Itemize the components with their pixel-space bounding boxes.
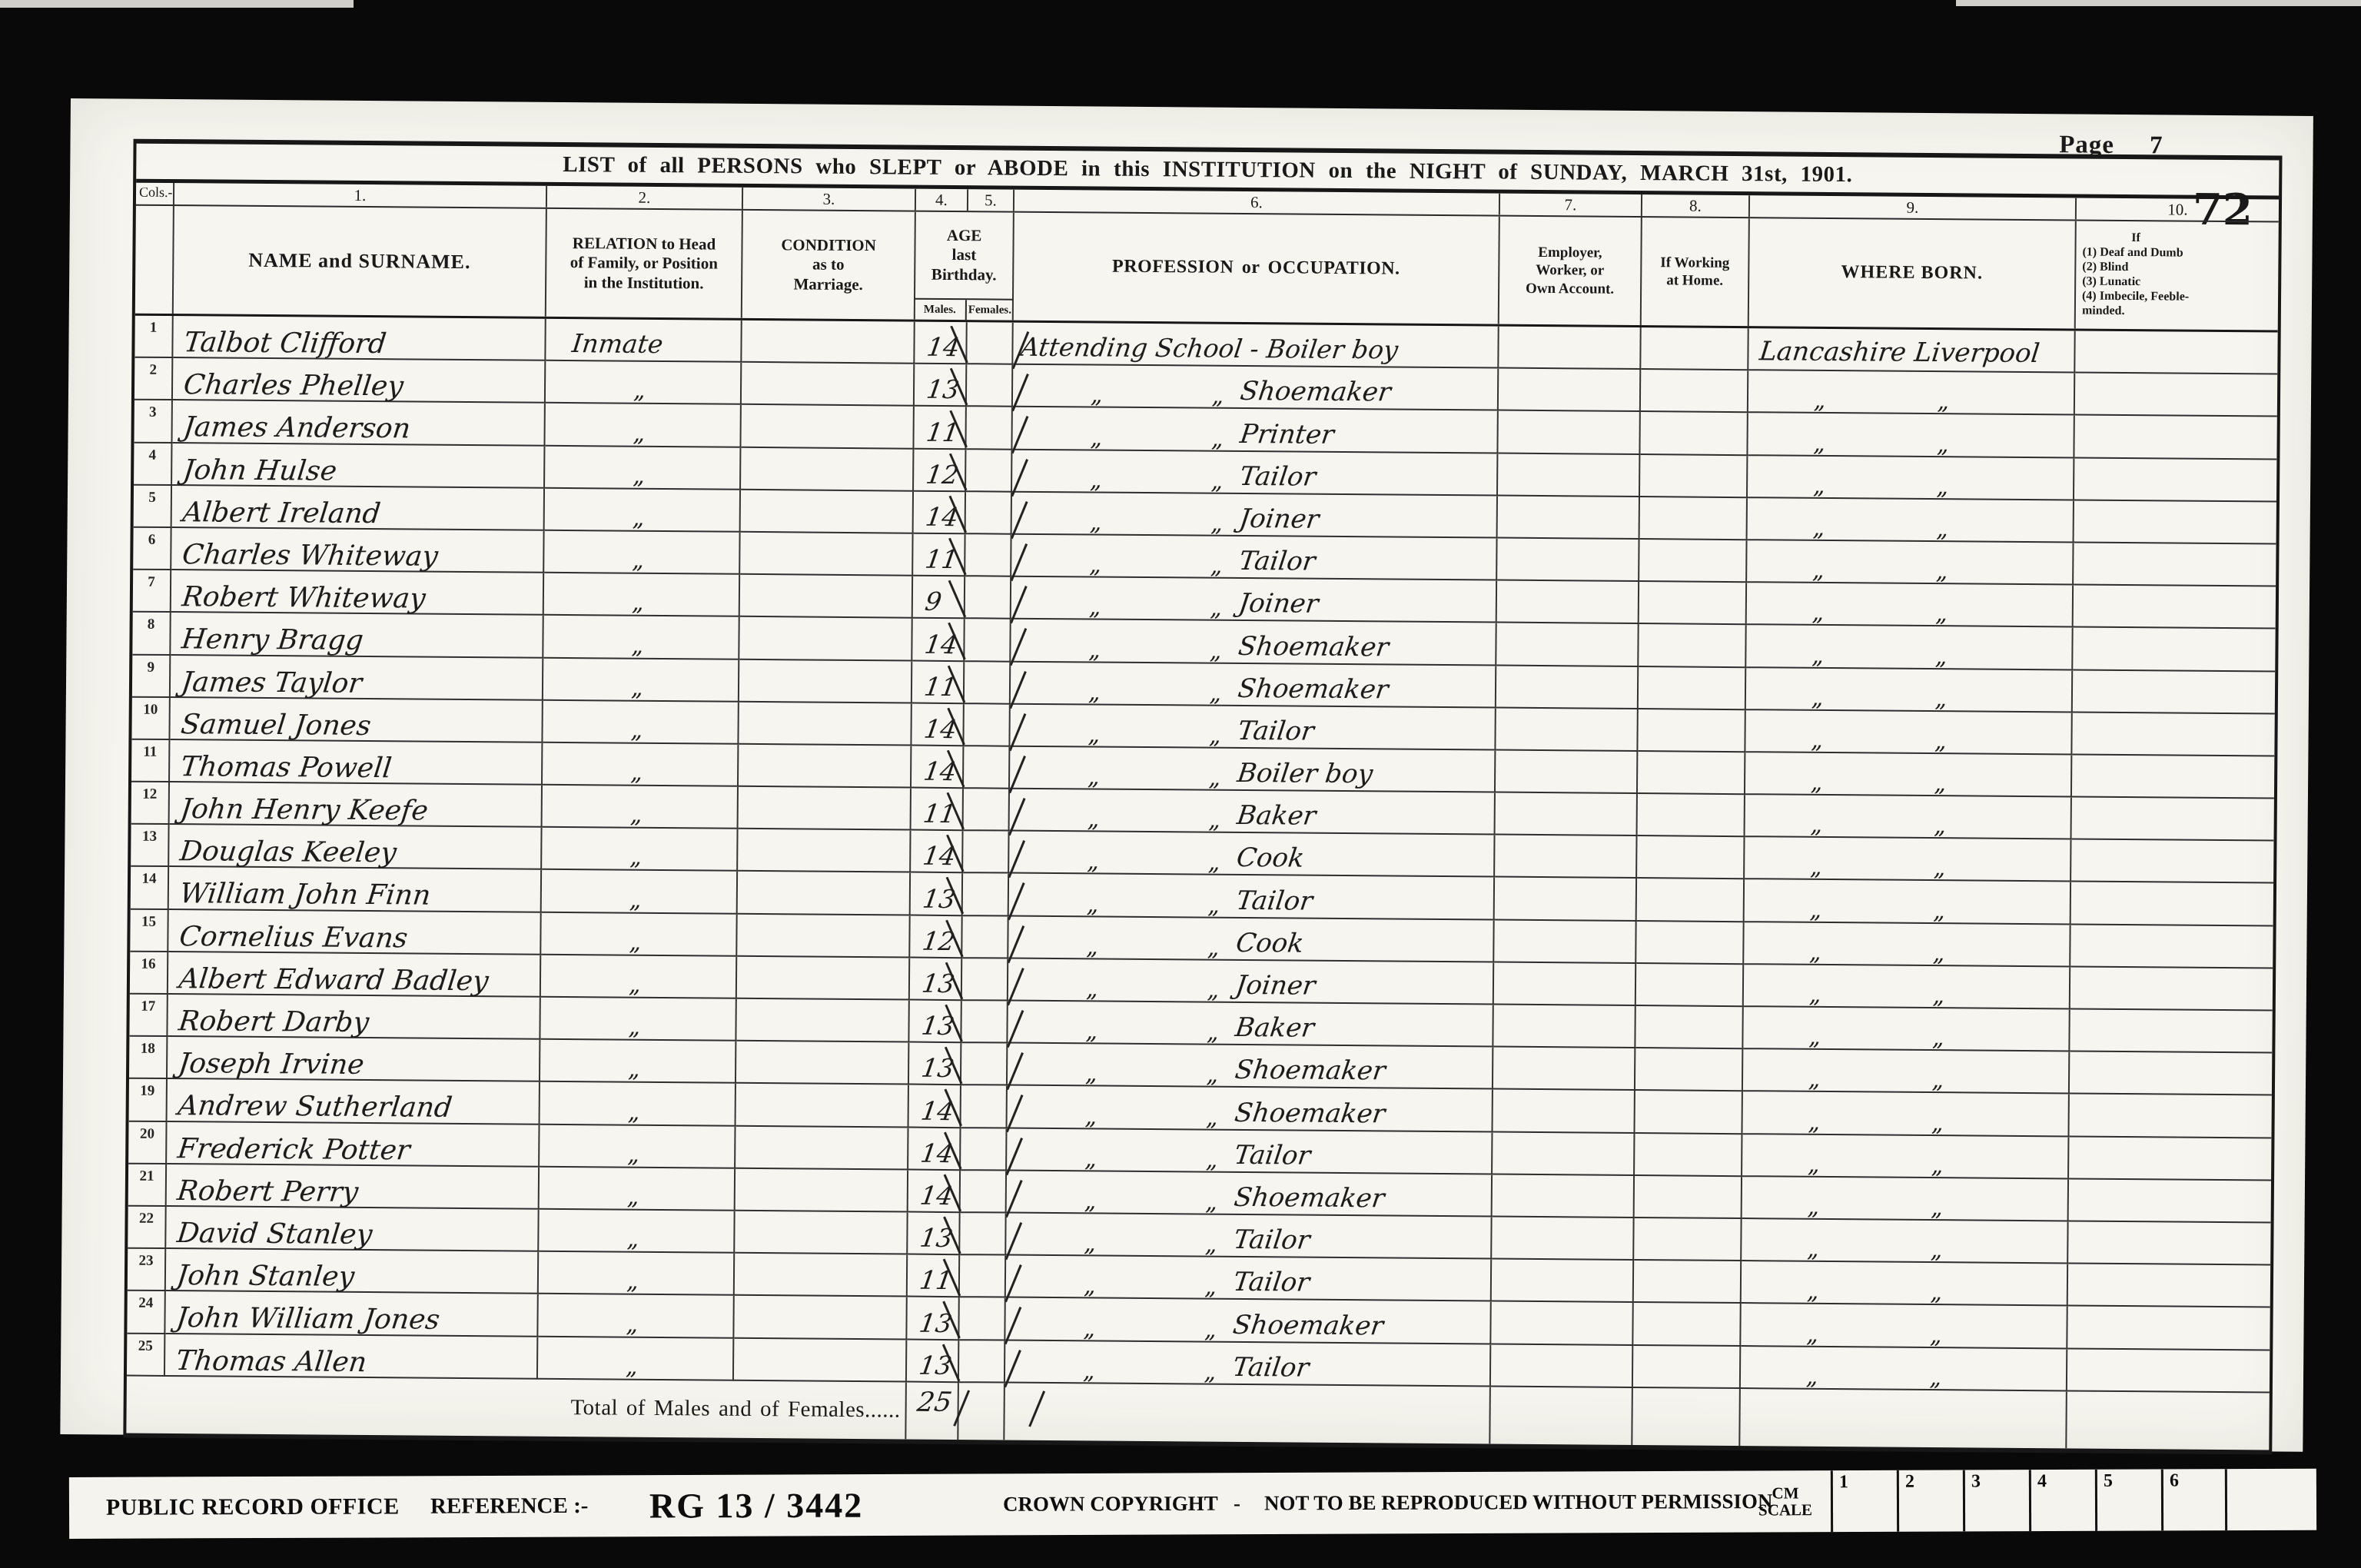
ditto-mark: „ <box>1806 1321 1818 1347</box>
check-mark <box>1008 883 1025 921</box>
occupation-value: Tailor <box>1238 461 1318 493</box>
relation-cell: „ <box>542 828 738 872</box>
total-employer-cell <box>1490 1387 1633 1444</box>
profession-cell: „„Printer <box>1012 407 1498 453</box>
total-infirmity-cell <box>2067 1391 2270 1450</box>
ditto-mark: „ <box>1813 430 1825 457</box>
occupation-value: Baker <box>1235 800 1317 832</box>
age-females-cell <box>960 1213 1006 1256</box>
ditto-mark: „ <box>1088 763 1100 790</box>
total-label: Total of Males and of Females...... <box>126 1376 907 1439</box>
age-females-cell <box>961 1001 1008 1044</box>
scale-mark-5: 5 <box>2095 1470 2161 1531</box>
born-cell: „„ <box>1742 1261 2068 1307</box>
condition-cell <box>736 1126 908 1170</box>
relation-cell: „ <box>539 1210 735 1254</box>
infirmity-cell <box>2070 925 2273 968</box>
ditto-mark: „ <box>1929 1364 1941 1391</box>
scan-edge-artifact <box>1956 0 2361 6</box>
infirmity-cell <box>2075 374 2277 417</box>
total-females-cell <box>958 1383 1005 1440</box>
name-cell: James Anderson <box>172 400 545 446</box>
ditto-mark: „ <box>1088 721 1100 748</box>
ditto-mark: „ <box>1934 686 1947 713</box>
col-number-9: 9. <box>1750 195 2077 219</box>
relation-value: „ <box>627 1184 639 1211</box>
profession-cell: „„Joiner <box>1012 492 1498 538</box>
relation-cell: „ <box>545 446 741 490</box>
col-number-3: 3. <box>743 188 916 211</box>
check-mark <box>1007 1010 1024 1048</box>
row-number: 11 <box>131 740 170 783</box>
ditto-mark: „ <box>1086 975 1098 1002</box>
age-females-cell <box>961 1128 1007 1171</box>
infirmity-cell <box>2071 840 2273 884</box>
occupation-value: Boiler boy <box>1236 758 1375 789</box>
ditto-mark: „ <box>1205 1146 1217 1173</box>
total-born-cell <box>1740 1389 2067 1448</box>
check-mark <box>1006 1095 1024 1132</box>
occupation-value: Shoemaker <box>1237 630 1391 662</box>
check-mark <box>1011 374 1029 411</box>
age-females-cell <box>965 619 1011 662</box>
occupation-value: Printer <box>1238 419 1336 450</box>
row-number: 16 <box>130 952 168 995</box>
ditto-mark: „ <box>1932 1025 1944 1051</box>
infirmity-cell <box>2072 798 2274 842</box>
col-number-8: 8. <box>1642 194 1750 217</box>
employer-cell <box>1495 835 1637 879</box>
born-cell: „„ <box>1745 880 2071 925</box>
check-mark <box>1009 671 1027 709</box>
person-name: Albert Edward Badley <box>178 966 490 995</box>
check-mark <box>1008 925 1025 963</box>
condition-cell <box>736 1169 908 1213</box>
ditto-mark: „ <box>1210 510 1223 537</box>
scale-mark-4: 4 <box>2029 1470 2095 1531</box>
person-name: Thomas Powell <box>179 754 393 782</box>
reproduction-notice: NOT TO BE REPRODUCED WITHOUT PERMISSION <box>1264 1490 1773 1516</box>
profession-cell: „„Shoemaker <box>1007 1171 1493 1217</box>
ditto-mark: „ <box>1087 849 1099 875</box>
person-name: Charles Whiteway <box>181 542 439 570</box>
person-name: Frederick Potter <box>176 1136 411 1164</box>
col-infirmity-header: If(1) Deaf and Dumb(2) Blind(3) Lunatic(… <box>2076 221 2279 331</box>
age-females-cell <box>959 1340 1005 1384</box>
check-mark <box>1011 416 1029 453</box>
person-name: Andrew Sutherland <box>177 1094 453 1122</box>
scale-mark-2: 2 <box>1897 1470 1963 1532</box>
ditto-mark: „ <box>1088 636 1101 663</box>
relation-cell: „ <box>546 361 742 405</box>
name-cell: Robert Darby <box>168 995 540 1040</box>
ditto-mark: „ <box>1084 1103 1097 1130</box>
ditto-mark: „ <box>1810 812 1822 839</box>
scan-edge-artifact <box>0 0 354 8</box>
archive-footer-bar: PUBLIC RECORD OFFICE REFERENCE :- RG 13 … <box>69 1469 2316 1539</box>
total-males-value: 25 <box>915 1387 954 1417</box>
employer-cell <box>1494 920 1636 964</box>
condition-cell <box>739 617 912 661</box>
infirmity-cell <box>2072 755 2274 799</box>
name-cell: Talbot Clifford <box>173 316 546 361</box>
occupation-value: Shoemaker <box>1236 673 1390 705</box>
profession-cell: „„Tailor <box>1012 450 1498 496</box>
occupation-value: Tailor <box>1234 885 1314 917</box>
age-females-cell <box>966 450 1012 493</box>
condition-cell <box>736 999 909 1043</box>
age-females-cell <box>961 1043 1008 1086</box>
ditto-mark: „ <box>1086 933 1098 960</box>
check-mark <box>1005 1180 1023 1218</box>
ditto-mark: „ <box>1809 939 1821 966</box>
row-number: 25 <box>127 1334 165 1377</box>
age-females-cell <box>966 492 1012 535</box>
profession-cell: „„Shoemaker <box>1008 1044 1493 1090</box>
relation-value: „ <box>628 1014 640 1041</box>
row-number: 18 <box>129 1037 168 1080</box>
row-number: 6 <box>133 528 171 571</box>
check-mark <box>1006 1052 1024 1090</box>
age-females-cell <box>961 1086 1008 1129</box>
ditto-mark: „ <box>1089 509 1101 536</box>
name-cell: Henry Bragg <box>171 613 543 658</box>
person-name: Cornelius Evans <box>178 924 410 952</box>
born-cell: „„ <box>1742 1134 2069 1180</box>
col-number-10: 10. <box>2077 198 2279 221</box>
total-males-cell: 25 <box>906 1382 959 1440</box>
born-cell: „„ <box>1742 1092 2069 1138</box>
home-cell <box>1640 412 1748 455</box>
person-name: John William Jones <box>175 1305 441 1334</box>
ditto-mark: „ <box>1807 1236 1819 1263</box>
person-name: Talbot Clifford <box>183 330 388 357</box>
infirmity-cell <box>2072 713 2274 756</box>
home-cell <box>1635 1006 1743 1049</box>
copyright-label: CROWN COPYRIGHT <box>1003 1492 1218 1517</box>
row-number: 21 <box>128 1164 167 1207</box>
age-females-cell <box>962 916 1008 959</box>
age-females-cell <box>967 322 1013 365</box>
ditto-mark: „ <box>1089 552 1101 579</box>
check-mark <box>1005 1138 1023 1175</box>
relation-value: „ <box>632 505 644 532</box>
ditto-mark: „ <box>1811 684 1823 711</box>
relation-cell: „ <box>543 616 739 659</box>
occupation-value: Joiner <box>1237 588 1320 620</box>
ditto-mark: „ <box>1931 1194 1943 1221</box>
condition-cell <box>739 703 912 746</box>
profession-cell: „„Tailor <box>1006 1214 1492 1260</box>
reference-label: REFERENCE :- <box>430 1493 589 1520</box>
infirmity-cell <box>2074 543 2276 586</box>
age-females-cell <box>963 874 1009 917</box>
col-number-1: 1. <box>174 183 547 208</box>
col-females-header: Females. <box>967 300 1013 320</box>
relation-value: „ <box>626 1311 638 1337</box>
ditto-mark: „ <box>1808 1024 1821 1051</box>
home-cell <box>1633 1303 1741 1346</box>
reference-number: RG 13 / 3442 <box>649 1485 863 1526</box>
infirmity-cell <box>2067 1349 2270 1393</box>
census-sheet: Page7 72 LIST of all PERSONS who SLEPT o… <box>60 98 2313 1452</box>
check-mark <box>1007 968 1024 1005</box>
scale-mark-3: 3 <box>1963 1470 2029 1531</box>
ditto-mark: „ <box>1808 982 1821 1008</box>
home-cell <box>1635 1134 1742 1177</box>
born-cell: „„ <box>1745 710 2072 756</box>
relation-cell: „ <box>538 1337 734 1380</box>
col-number-7: 7. <box>1500 194 1642 216</box>
name-cell: Cornelius Evans <box>168 910 541 955</box>
condition-cell <box>734 1338 907 1382</box>
row-number: 13 <box>131 825 169 868</box>
relation-cell: „ <box>541 955 737 999</box>
relation-value: „ <box>631 674 643 701</box>
home-cell <box>1641 327 1748 370</box>
relation-value: „ <box>629 929 641 956</box>
employer-cell <box>1498 453 1640 497</box>
name-cell: Albert Edward Badley <box>168 952 541 998</box>
profession-cell: „„Shoemaker <box>1005 1298 1491 1344</box>
age-females-cell <box>964 746 1010 789</box>
profession-cell: „„Tailor <box>1007 1128 1493 1174</box>
age-females-cell <box>965 576 1011 620</box>
born-cell: „„ <box>1742 1219 2068 1264</box>
check-mark <box>1010 543 1028 581</box>
occupation-value: Tailor <box>1233 1140 1313 1171</box>
ditto-mark: „ <box>1204 1231 1217 1258</box>
employer-cell <box>1493 1090 1635 1134</box>
relation-cell: „ <box>542 870 738 914</box>
row-number: 5 <box>134 485 172 528</box>
row-number: 9 <box>132 655 171 698</box>
check-mark <box>1009 713 1027 751</box>
ditto-mark: „ <box>1210 637 1222 664</box>
row-number: 1 <box>134 316 173 359</box>
ditto-mark: „ <box>1208 807 1220 834</box>
name-cell: Douglas Keeley <box>169 825 542 870</box>
ditto-mark: „ <box>1210 595 1222 622</box>
home-cell <box>1633 1346 1741 1389</box>
check-mark <box>1008 756 1026 793</box>
row-number: 12 <box>131 782 170 826</box>
relation-cell: „ <box>538 1294 734 1338</box>
age-females-cell <box>966 407 1012 450</box>
condition-cell <box>737 957 910 1001</box>
ditto-mark: „ <box>1934 770 1946 797</box>
ditto-mark: „ <box>1207 849 1220 876</box>
relation-value: „ <box>632 590 644 616</box>
profession-cell: „„Tailor <box>1005 1340 1491 1387</box>
person-name: Albert Ireland <box>181 500 382 527</box>
relation-cell: Inmate <box>546 319 742 363</box>
occupation-value: Shoemaker <box>1232 1182 1386 1214</box>
infirmity-cell <box>2068 1264 2270 1308</box>
row-number: 22 <box>128 1207 166 1250</box>
ditto-mark: „ <box>1934 728 1947 755</box>
person-name: Samuel Jones <box>180 712 373 739</box>
born-cell: „„ <box>1744 922 2070 968</box>
infirmity-cell <box>2068 1221 2270 1265</box>
ditto-mark: „ <box>1086 891 1098 918</box>
name-cell: Robert Whiteway <box>171 570 544 616</box>
relation-value: „ <box>633 463 645 490</box>
profession-cell: „„Tailor <box>1010 704 1496 750</box>
infirmity-cell <box>2073 628 2275 672</box>
age-females-cell <box>964 789 1010 832</box>
age-females-cell <box>964 704 1010 747</box>
person-name: Robert Whiteway <box>181 584 427 613</box>
profession-cell: „„Joiner <box>1011 577 1497 623</box>
born-cell: „„ <box>1745 752 2072 798</box>
condition-cell <box>739 745 912 789</box>
employer-cell <box>1499 327 1641 370</box>
col-home-header: If Workingat Home. <box>1642 218 1750 326</box>
ditto-mark: „ <box>1934 812 1946 839</box>
ditto-mark: „ <box>1935 600 1948 627</box>
ditto-mark: „ <box>1937 431 1949 458</box>
relation-cell: „ <box>543 743 739 787</box>
cm-scale-ruler: 123456 <box>1831 1469 2227 1532</box>
relation-cell: „ <box>540 1125 736 1168</box>
infirmity-cell <box>2070 1052 2272 1096</box>
relation-cell: „ <box>540 1168 736 1211</box>
age-females-cell <box>965 662 1011 705</box>
age-value: 9 <box>923 586 944 616</box>
occupation-value: Tailor <box>1237 546 1317 577</box>
relation-value: „ <box>633 377 646 404</box>
person-name: John Henry Keefe <box>179 796 430 825</box>
home-cell <box>1636 922 1744 965</box>
home-cell <box>1641 370 1748 413</box>
ditto-mark: „ <box>1811 727 1823 754</box>
col-age-header: AGElastBirthday. Males. Females. <box>915 212 1014 321</box>
record-office-label: PUBLIC RECORD OFFICE <box>106 1493 400 1520</box>
relation-value: Inmate <box>570 328 664 359</box>
employer-cell <box>1498 496 1640 540</box>
infirmity-cell <box>2074 586 2276 630</box>
ditto-mark: „ <box>1207 934 1220 961</box>
born-cell: „„ <box>1742 1177 2069 1222</box>
age-females-cell <box>961 1171 1007 1214</box>
age-females-cell <box>959 1297 1005 1340</box>
ditto-mark: „ <box>1930 1322 1942 1349</box>
born-cell: „„ <box>1747 583 2074 628</box>
age-females-cell <box>962 958 1008 1002</box>
born-cell: „„ <box>1747 540 2074 586</box>
occupation-value: Cook <box>1235 842 1307 874</box>
check-mark <box>1011 459 1028 497</box>
col-number-5: 5. <box>968 189 1014 211</box>
born-cell: „„ <box>1748 370 2075 416</box>
home-cell <box>1635 1091 1742 1134</box>
name-cell: Charles Whiteway <box>171 528 544 573</box>
person-name: Douglas Keeley <box>178 839 397 866</box>
col-males-header: Males. <box>915 300 967 321</box>
employer-cell <box>1493 1048 1635 1091</box>
ditto-mark: „ <box>1211 425 1224 452</box>
ditto-mark: „ <box>1812 515 1825 542</box>
row-number: 4 <box>134 443 172 486</box>
ditto-mark: „ <box>1210 553 1222 580</box>
occupation-value: Shoemaker <box>1234 1055 1388 1086</box>
age-females-cell <box>965 534 1011 577</box>
name-cell: Andrew Sutherland <box>168 1079 540 1125</box>
ditto-mark: „ <box>1087 806 1099 833</box>
infirmity-cell <box>2070 1009 2272 1053</box>
ditto-mark: „ <box>1207 1019 1219 1046</box>
infirmity-cell <box>2075 331 2277 374</box>
condition-cell <box>735 1211 908 1255</box>
born-cell: „„ <box>1748 414 2074 459</box>
name-cell: Joseph Irvine <box>168 1037 540 1082</box>
person-name: Robert Darby <box>178 1008 370 1036</box>
ditto-mark: „ <box>1206 1104 1218 1131</box>
home-cell <box>1638 709 1745 752</box>
check-mark <box>1005 1222 1023 1260</box>
profession-cell: „„Tailor <box>1011 535 1497 581</box>
profession-cell: „„Boiler boy <box>1010 747 1496 793</box>
ditto-mark: „ <box>1205 1189 1217 1216</box>
name-cell: Frederick Potter <box>167 1122 540 1168</box>
relation-cell: „ <box>543 701 739 745</box>
check-mark <box>1005 1264 1022 1302</box>
occupation-value: Shoemaker <box>1239 376 1393 407</box>
ditto-mark: „ <box>1083 1357 1095 1384</box>
check-mark <box>1004 1350 1021 1387</box>
ditto-mark: „ <box>1811 600 1824 626</box>
employer-cell <box>1497 581 1639 625</box>
row-number: 14 <box>131 867 169 910</box>
ditto-mark: „ <box>1931 1067 1944 1094</box>
ditto-mark: „ <box>1204 1274 1217 1301</box>
ditto-mark: „ <box>1209 723 1221 749</box>
ditto-mark: „ <box>1931 1152 1943 1179</box>
condition-cell <box>736 1084 909 1128</box>
name-cell: Thomas Allen <box>165 1334 538 1380</box>
relation-value: „ <box>626 1353 638 1380</box>
ditto-mark: „ <box>1935 558 1948 585</box>
home-cell <box>1636 964 1744 1007</box>
name-cell: James Taylor <box>171 656 543 701</box>
row-number: 24 <box>127 1291 165 1334</box>
infirmity-cell <box>2074 416 2276 460</box>
ditto-mark: „ <box>1207 892 1220 919</box>
employer-cell <box>1494 962 1636 1006</box>
ditto-mark: „ <box>1808 1108 1820 1135</box>
row-number: 2 <box>134 358 173 401</box>
ditto-mark: „ <box>1209 679 1221 706</box>
col-relation-header: RELATION to Headof Family, or Positionin… <box>546 209 743 318</box>
col-profession-header: PROFESSION or OCCUPATION. <box>1014 213 1500 324</box>
relation-cell: „ <box>545 404 741 447</box>
name-cell: Samuel Jones <box>170 698 543 743</box>
ditto-mark: „ <box>1091 382 1103 409</box>
relation-value: „ <box>630 717 643 744</box>
occupation-value: Tailor <box>1232 1224 1312 1256</box>
occupation-value: Joiner <box>1237 503 1320 535</box>
employer-cell <box>1492 1260 1634 1304</box>
name-cell: Charles Phelley <box>173 358 546 404</box>
relation-value: „ <box>632 547 644 574</box>
ditto-mark: „ <box>1811 769 1823 796</box>
relation-cell: „ <box>544 573 740 617</box>
col-employer-header: Employer,Worker, orOwn Account. <box>1499 217 1642 325</box>
infirmity-cell <box>2069 1137 2271 1181</box>
condition-cell <box>738 829 911 873</box>
infirmity-cell <box>2073 670 2275 714</box>
